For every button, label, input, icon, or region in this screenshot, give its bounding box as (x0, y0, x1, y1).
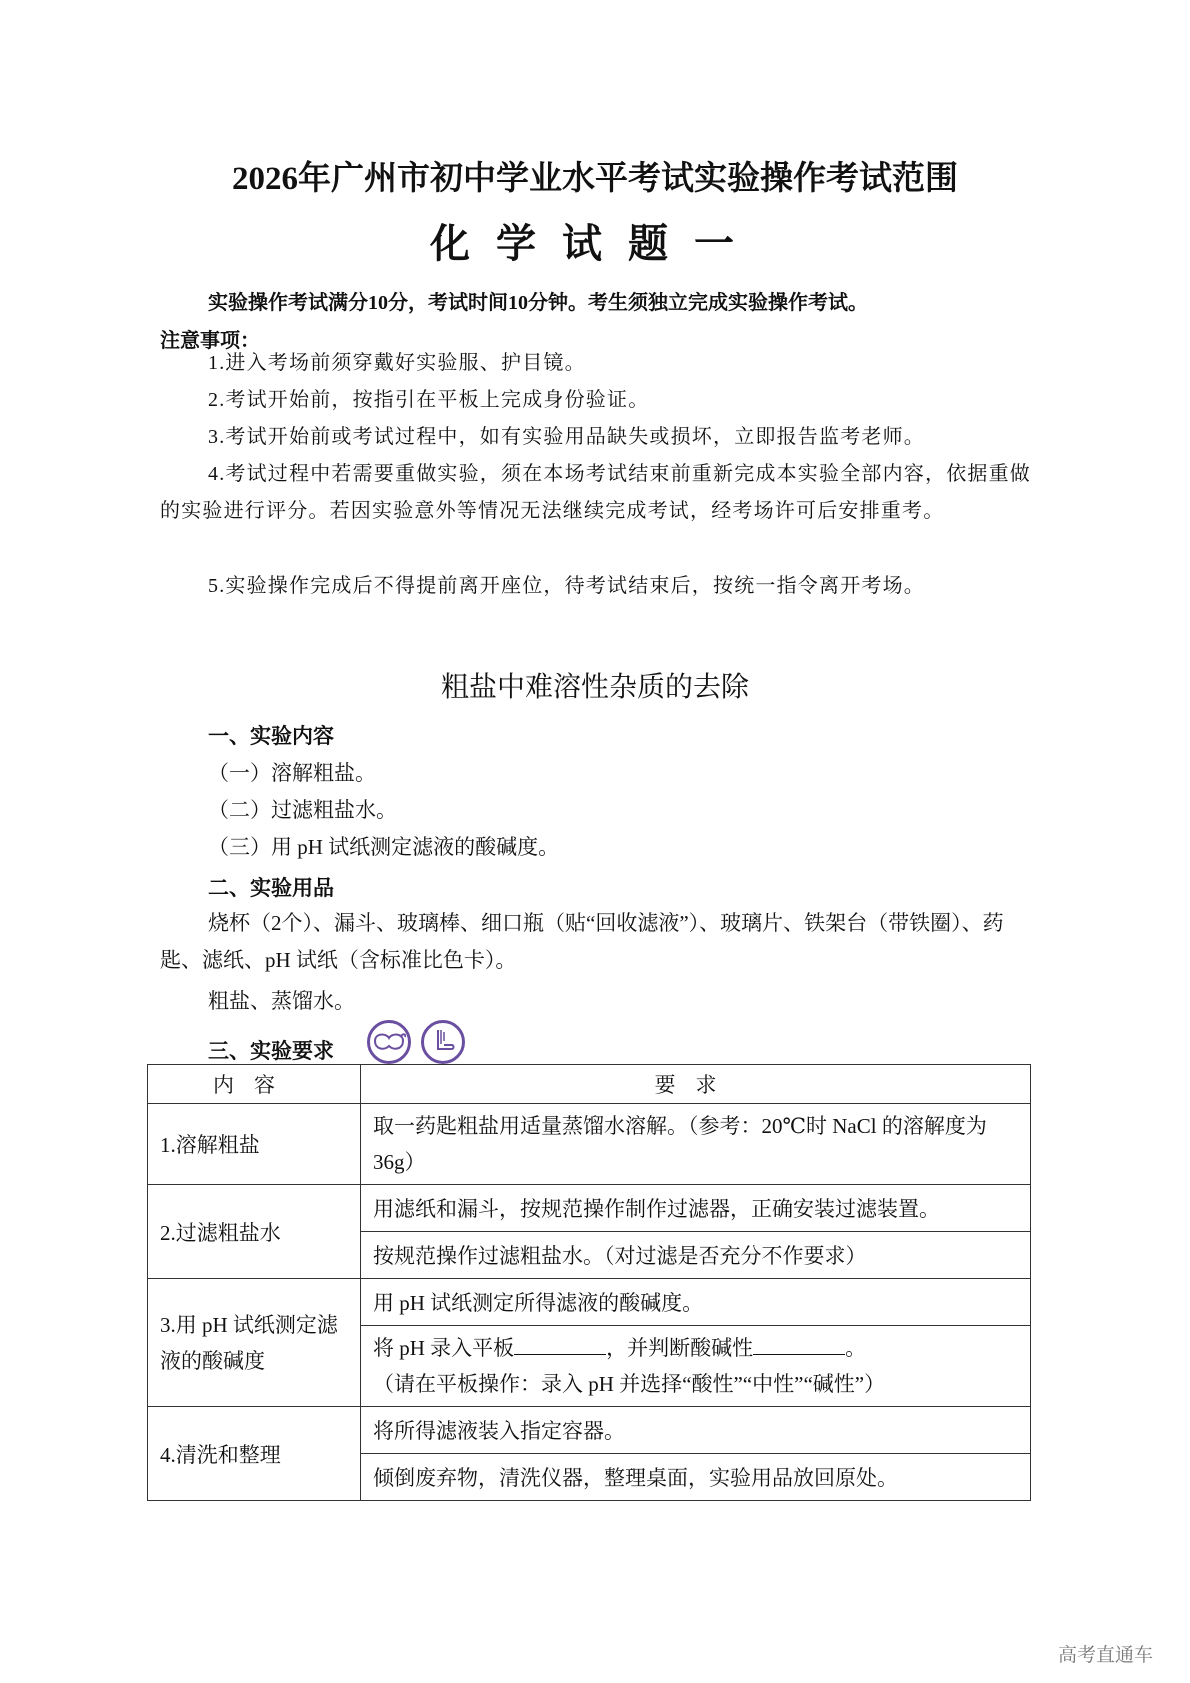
row-requirement: 按规范操作过滤粗盐水。（对过滤是否充分不作要求） (361, 1232, 1031, 1279)
ph-entry-label: 将 pH 录入平板 (373, 1336, 514, 1360)
reagent-list: 粗盐、蒸馏水。 (208, 985, 355, 1015)
tablet-instruction: （请在平板操作：录入 pH 并选择“酸性”“中性”“碱性”） (373, 1372, 885, 1396)
content-item: （一）溶解粗盐。 (208, 757, 376, 787)
row-content: 4.清洗和整理 (148, 1407, 361, 1501)
hand-washing-icon (421, 1020, 465, 1064)
row-requirement-ph: 将 pH 录入平板，并判断酸碱性。 （请在平板操作：录入 pH 并选择“酸性”“… (361, 1326, 1031, 1407)
row-content: 2.过滤粗盐水 (148, 1185, 361, 1279)
document-title: 2026年广州市初中学业水平考试实验操作考试范围 (0, 152, 1190, 199)
document-page: 2026年广州市初中学业水平考试实验操作考试范围 化学试题一 实验操作考试满分1… (0, 0, 1190, 1683)
table-row: 3.用 pH 试纸测定滤液的酸碱度 用 pH 试纸测定所得滤液的酸碱度。 (148, 1279, 1031, 1326)
safety-icons (367, 1020, 465, 1064)
notice-item: 2.考试开始前，按指引在平板上完成身份验证。 (160, 382, 1040, 419)
row-requirement: 用滤纸和漏斗，按规范操作制作过滤器，正确安装过滤装置。 (361, 1185, 1031, 1232)
equipment-list: 烧杯（2个）、漏斗、玻璃棒、细口瓶（贴“回收滤液”）、玻璃片、铁架台（带铁圈）、… (160, 905, 1040, 979)
column-header-content: 内容 (148, 1065, 361, 1104)
acidity-blank (753, 1334, 845, 1355)
table-row: 4.清洗和整理 将所得滤液装入指定容器。 (148, 1407, 1031, 1454)
notice-item: 3.考试开始前或考试过程中，如有实验用品缺失或损坏，立即报告监考老师。 (160, 419, 1040, 456)
notice-item: 1.进入考场前须穿戴好实验服、护目镜。 (160, 345, 1040, 382)
row-content: 3.用 pH 试纸测定滤液的酸碱度 (148, 1279, 361, 1407)
row-requirement: 将所得滤液装入指定容器。 (361, 1407, 1031, 1454)
notice-item: 4.考试过程中若需要重做实验，须在本场考试结束前重新完成本实验全部内容，依据重做… (160, 456, 1040, 530)
experiment-title: 粗盐中难溶性杂质的去除 (0, 665, 1190, 705)
column-header-requirements: 要求 (361, 1065, 1031, 1104)
row-requirement: 用 pH 试纸测定所得滤液的酸碱度。 (361, 1279, 1031, 1326)
table-header-row: 内容 要求 (148, 1065, 1031, 1104)
period: 。 (845, 1336, 866, 1360)
section-heading-requirements: 三、实验要求 (208, 1035, 334, 1065)
table-row: 1.溶解粗盐 取一药匙粗盐用适量蒸馏水溶解。（参考：20℃时 NaCl 的溶解度… (148, 1104, 1031, 1185)
section-heading-content: 一、实验内容 (208, 720, 334, 750)
content-item: （二）过滤粗盐水。 (208, 794, 397, 824)
watermark: 高考直通车 (1058, 1640, 1153, 1667)
document-subtitle: 化学试题一 (0, 212, 1190, 269)
requirements-table: 内容 要求 1.溶解粗盐 取一药匙粗盐用适量蒸馏水溶解。（参考：20℃时 NaC… (147, 1064, 1031, 1501)
row-requirement: 倾倒废弃物，清洗仪器，整理桌面，实验用品放回原处。 (361, 1454, 1031, 1501)
acidity-label: ，并判断酸碱性 (606, 1336, 753, 1360)
content-item: （三）用 pH 试纸测定滤液的酸碱度。 (208, 831, 559, 861)
safety-goggles-icon (367, 1020, 411, 1064)
row-requirement: 取一药匙粗盐用适量蒸馏水溶解。（参考：20℃时 NaCl 的溶解度为 36g） (361, 1104, 1031, 1185)
exam-intro: 实验操作考试满分10分，考试时间10分钟。考生须独立完成实验操作考试。 (208, 286, 868, 315)
section-heading-materials: 二、实验用品 (208, 872, 334, 902)
table-row: 2.过滤粗盐水 用滤纸和漏斗，按规范操作制作过滤器，正确安装过滤装置。 (148, 1185, 1031, 1232)
notice-item: 5.实验操作完成后不得提前离开座位，待考试结束后，按统一指令离开考场。 (160, 568, 1040, 605)
row-content: 1.溶解粗盐 (148, 1104, 361, 1185)
ph-value-blank (514, 1334, 606, 1355)
